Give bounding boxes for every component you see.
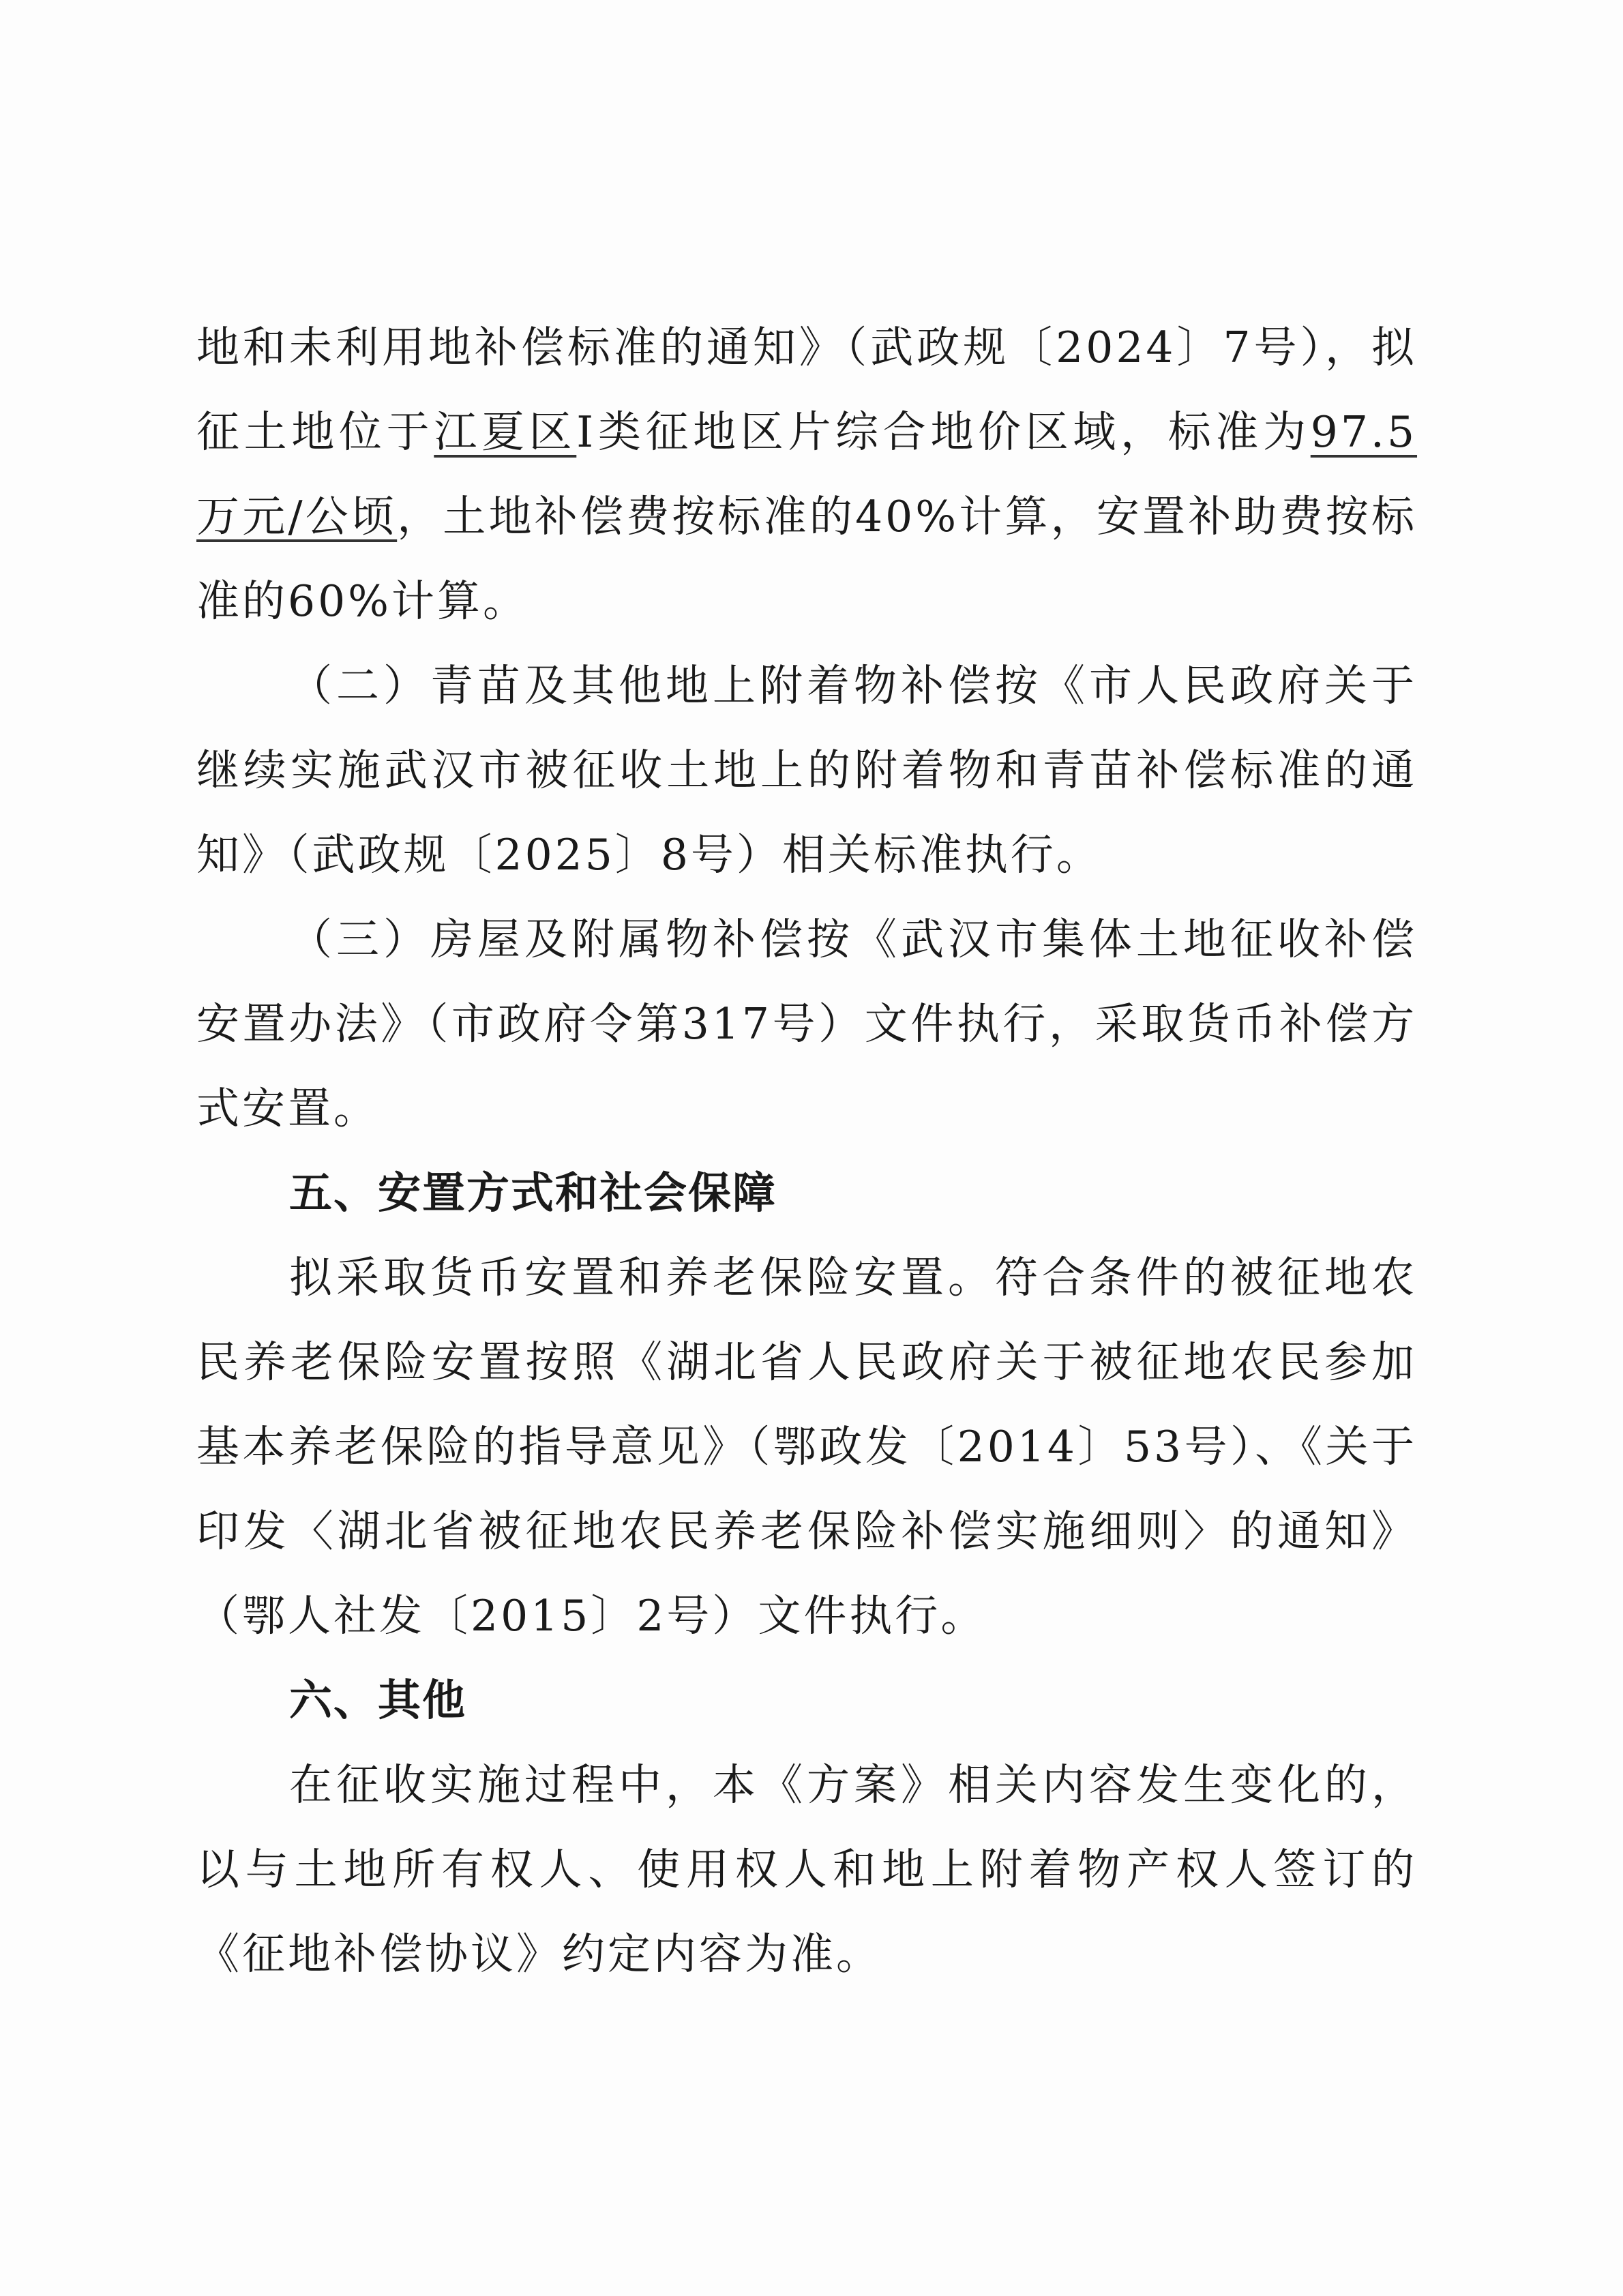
paragraph-resettlement-social-security: 拟采取货币安置和养老保险安置。符合条件的被征地农民养老保险安置按照《湖北省人民政… <box>196 1236 1417 1658</box>
paragraph-housing-compensation: （三）房屋及附属物补偿按《武汉市集体土地征收补偿安置办法》（市政府令第317号）… <box>196 897 1417 1151</box>
section-heading-other: 六、其他 <box>196 1658 1417 1743</box>
paragraph-land-compensation-standard: 地和未利用地补偿标准的通知》（武政规〔2024〕7号），拟征土地位于江夏区I类征… <box>196 305 1417 644</box>
paragraph-crops-attachments: （二）青苗及其他地上附着物补偿按《市人民政府关于继续实施武汉市被征收土地上的附着… <box>196 644 1417 897</box>
document-page: 地和未利用地补偿标准的通知》（武政规〔2024〕7号），拟征土地位于江夏区I类征… <box>0 0 1623 2296</box>
text-segment: I类征地区片综合地价区域，标准为 <box>576 407 1310 457</box>
document-body: 地和未利用地补偿标准的通知》（武政规〔2024〕7号），拟征土地位于江夏区I类征… <box>196 305 1417 1997</box>
underlined-district: 江夏区 <box>434 407 576 457</box>
section-heading-resettlement: 五、安置方式和社会保障 <box>196 1151 1417 1236</box>
paragraph-other: 在征收实施过程中，本《方案》相关内容发生变化的，以与土地所有权人、使用权人和地上… <box>196 1743 1417 1997</box>
